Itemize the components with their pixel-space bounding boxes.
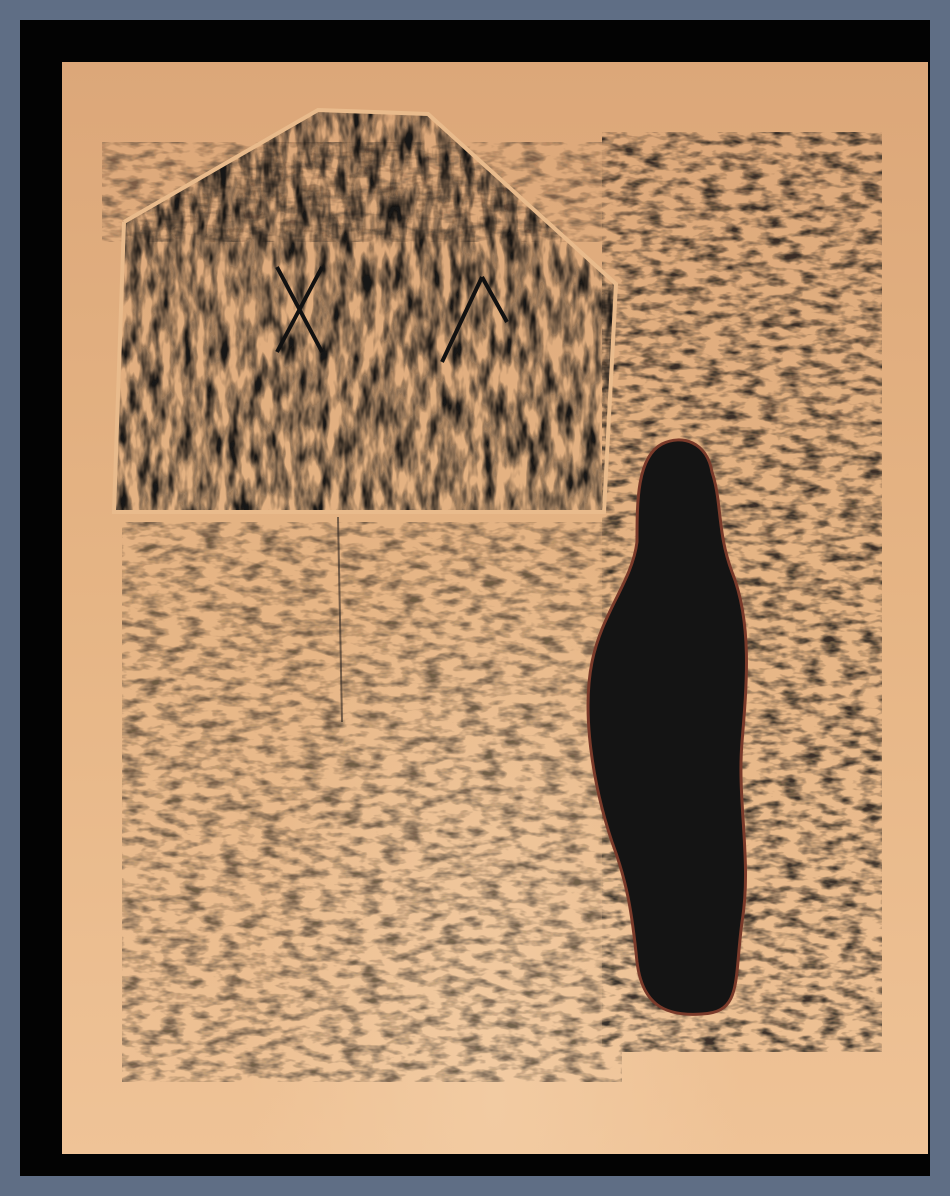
artwork-drawing — [62, 62, 928, 1154]
frame-mat — [20, 20, 930, 1176]
paper-sheet — [62, 62, 928, 1154]
